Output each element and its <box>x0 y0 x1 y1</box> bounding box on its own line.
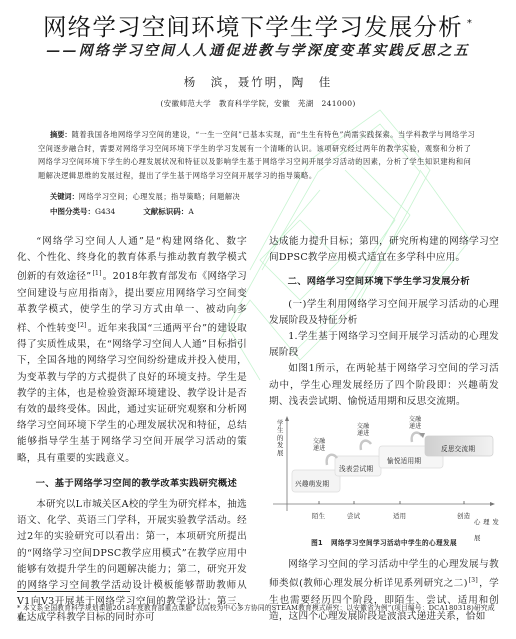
transition-label-2: 交融递进 <box>357 424 370 437</box>
paper-title: 网络学习空间环境下学生学习发展分析* <box>0 8 516 42</box>
caption-text: 网络学习空间学习活动中学生的心理发展 <box>331 539 457 547</box>
title-footnote-mark: * <box>467 18 473 29</box>
right-column: 达成能力提升目标；第四，研究所构建的网络学习空间DPSC教学应用模式适宜在多学科… <box>269 234 499 625</box>
continued-paragraph: 达成能力提升目标；第四，研究所构建的网络学习空间DPSC教学应用模式适宜在多学科… <box>269 234 499 266</box>
figure-1-caption: 图1网络学习空间学习活动中学生的心理发展 <box>269 535 499 551</box>
abstract: 摘要：随着我国各地网络学习空间的建设，“一生一空间”已基本实现，而“生生有特色”… <box>38 128 478 182</box>
transition-line: 递进 <box>409 424 422 431</box>
left-column: “网络学习空间人人通”是“构建网络化、数字化、个性化、终身化的教育体系与推动教育… <box>17 234 247 627</box>
paper-page: 网络学习空间环境下学生学习发展分析* ——网络学习空间人人通促进教与学深度变革实… <box>0 0 516 639</box>
section-2-heading: 二、网络学习空间环境下学生学习发展分析 <box>269 274 499 290</box>
y-label-char: 展 <box>277 450 285 457</box>
caption-number: 图1 <box>311 539 323 547</box>
intro-text-c: 。近年来我国“三通两平台”的建设取得了实质性成果，在“网络学习空间人人通”目标指… <box>17 323 247 464</box>
footnote-divider <box>17 591 130 592</box>
stage-2-label: 浅表尝试期 <box>339 461 373 477</box>
transition-label-3: 交融递进 <box>409 417 422 430</box>
transition-label-1: 交融递进 <box>313 439 326 452</box>
figure-intro-paragraph: 如图1所示，在两轮基于网络学习空间的学习活动中，学生心理发展经历了四个阶段即：兴… <box>269 361 499 410</box>
citation-2[interactable]: [2] <box>78 322 87 329</box>
classification: 中图分类号：G434文献标识码：A <box>50 206 194 217</box>
citation-3[interactable]: [3] <box>469 577 478 584</box>
stage-1-label: 兴趣萌发期 <box>295 476 329 492</box>
stage-3-label: 愉悦适用期 <box>387 453 421 469</box>
x-tick-3: 适用 <box>393 508 406 524</box>
title-text: 网络学习空间环境下学生学习发展分析 <box>43 13 463 41</box>
x-axis-label: 心理发展 <box>474 514 499 546</box>
class-value: G434 <box>95 207 115 216</box>
keywords-label: 关键词： <box>50 192 79 201</box>
figure-1: 学 生 的 发 展 兴趣萌发期 浅表尝试期 愉悦适用期 反思交流期 交融递进 交… <box>269 416 499 534</box>
doc-code-label: 文献标识码： <box>143 207 188 216</box>
stage-4-label: 反思交流期 <box>441 441 475 457</box>
transition-line: 递进 <box>313 446 326 453</box>
keywords-text: 网络学习空间；心理发展；指导策略；问题解决 <box>79 192 240 201</box>
subsection-1-1-heading: 1.学生基于网络学习空间开展学习活动的心理发展阶段 <box>269 329 499 361</box>
affiliation: (安徽师范大学 教育科学学院，安徽 芜湖 241000) <box>0 98 516 109</box>
x-tick-1: 陌生 <box>312 508 325 524</box>
abstract-label: 摘要： <box>50 130 72 139</box>
x-tick-4: 创造 <box>457 508 470 524</box>
class-label: 中图分类号： <box>50 207 95 216</box>
x-tick-2: 尝试 <box>347 508 360 524</box>
keywords: 关键词：网络学习空间；心理发展；指导策略；问题解决 <box>50 192 240 202</box>
section-1-heading: 一、基于网络学习空间的教学改革实践研究概述 <box>17 476 247 492</box>
citation-1[interactable]: [1] <box>92 270 101 277</box>
subsection-1-heading: (一)学生利用网络学习空间开展学习活动的心理发展阶段及特征分析 <box>269 297 499 329</box>
paper-subtitle: ——网络学习空间人人通促进教与学深度变革实践反思之五 <box>0 40 516 60</box>
after-fig-text-a: 网络学习空间的学习活动中学生的心理发展与教师类似(教师心理发展分析详见系列研究之… <box>269 559 499 589</box>
doc-code-value: A <box>188 207 193 216</box>
transition-line: 递进 <box>357 431 370 438</box>
intro-paragraph: “网络学习空间人人通”是“构建网络化、数字化、个性化、终身化的教育体系与推动教育… <box>17 234 247 467</box>
y-axis-label: 学 生 的 发 展 <box>277 420 285 457</box>
abstract-text: 随着我国各地网络学习空间的建设，“一生一空间”已基本实现，而“生生有特色”尚需实… <box>38 130 475 180</box>
authors: 杨 滨，聂竹明，陶 佳 <box>0 74 516 90</box>
footnote: * 本文系全国教育科学规划课题2018年度教育部重点课题“以高校为中心多方协同的… <box>17 603 502 623</box>
